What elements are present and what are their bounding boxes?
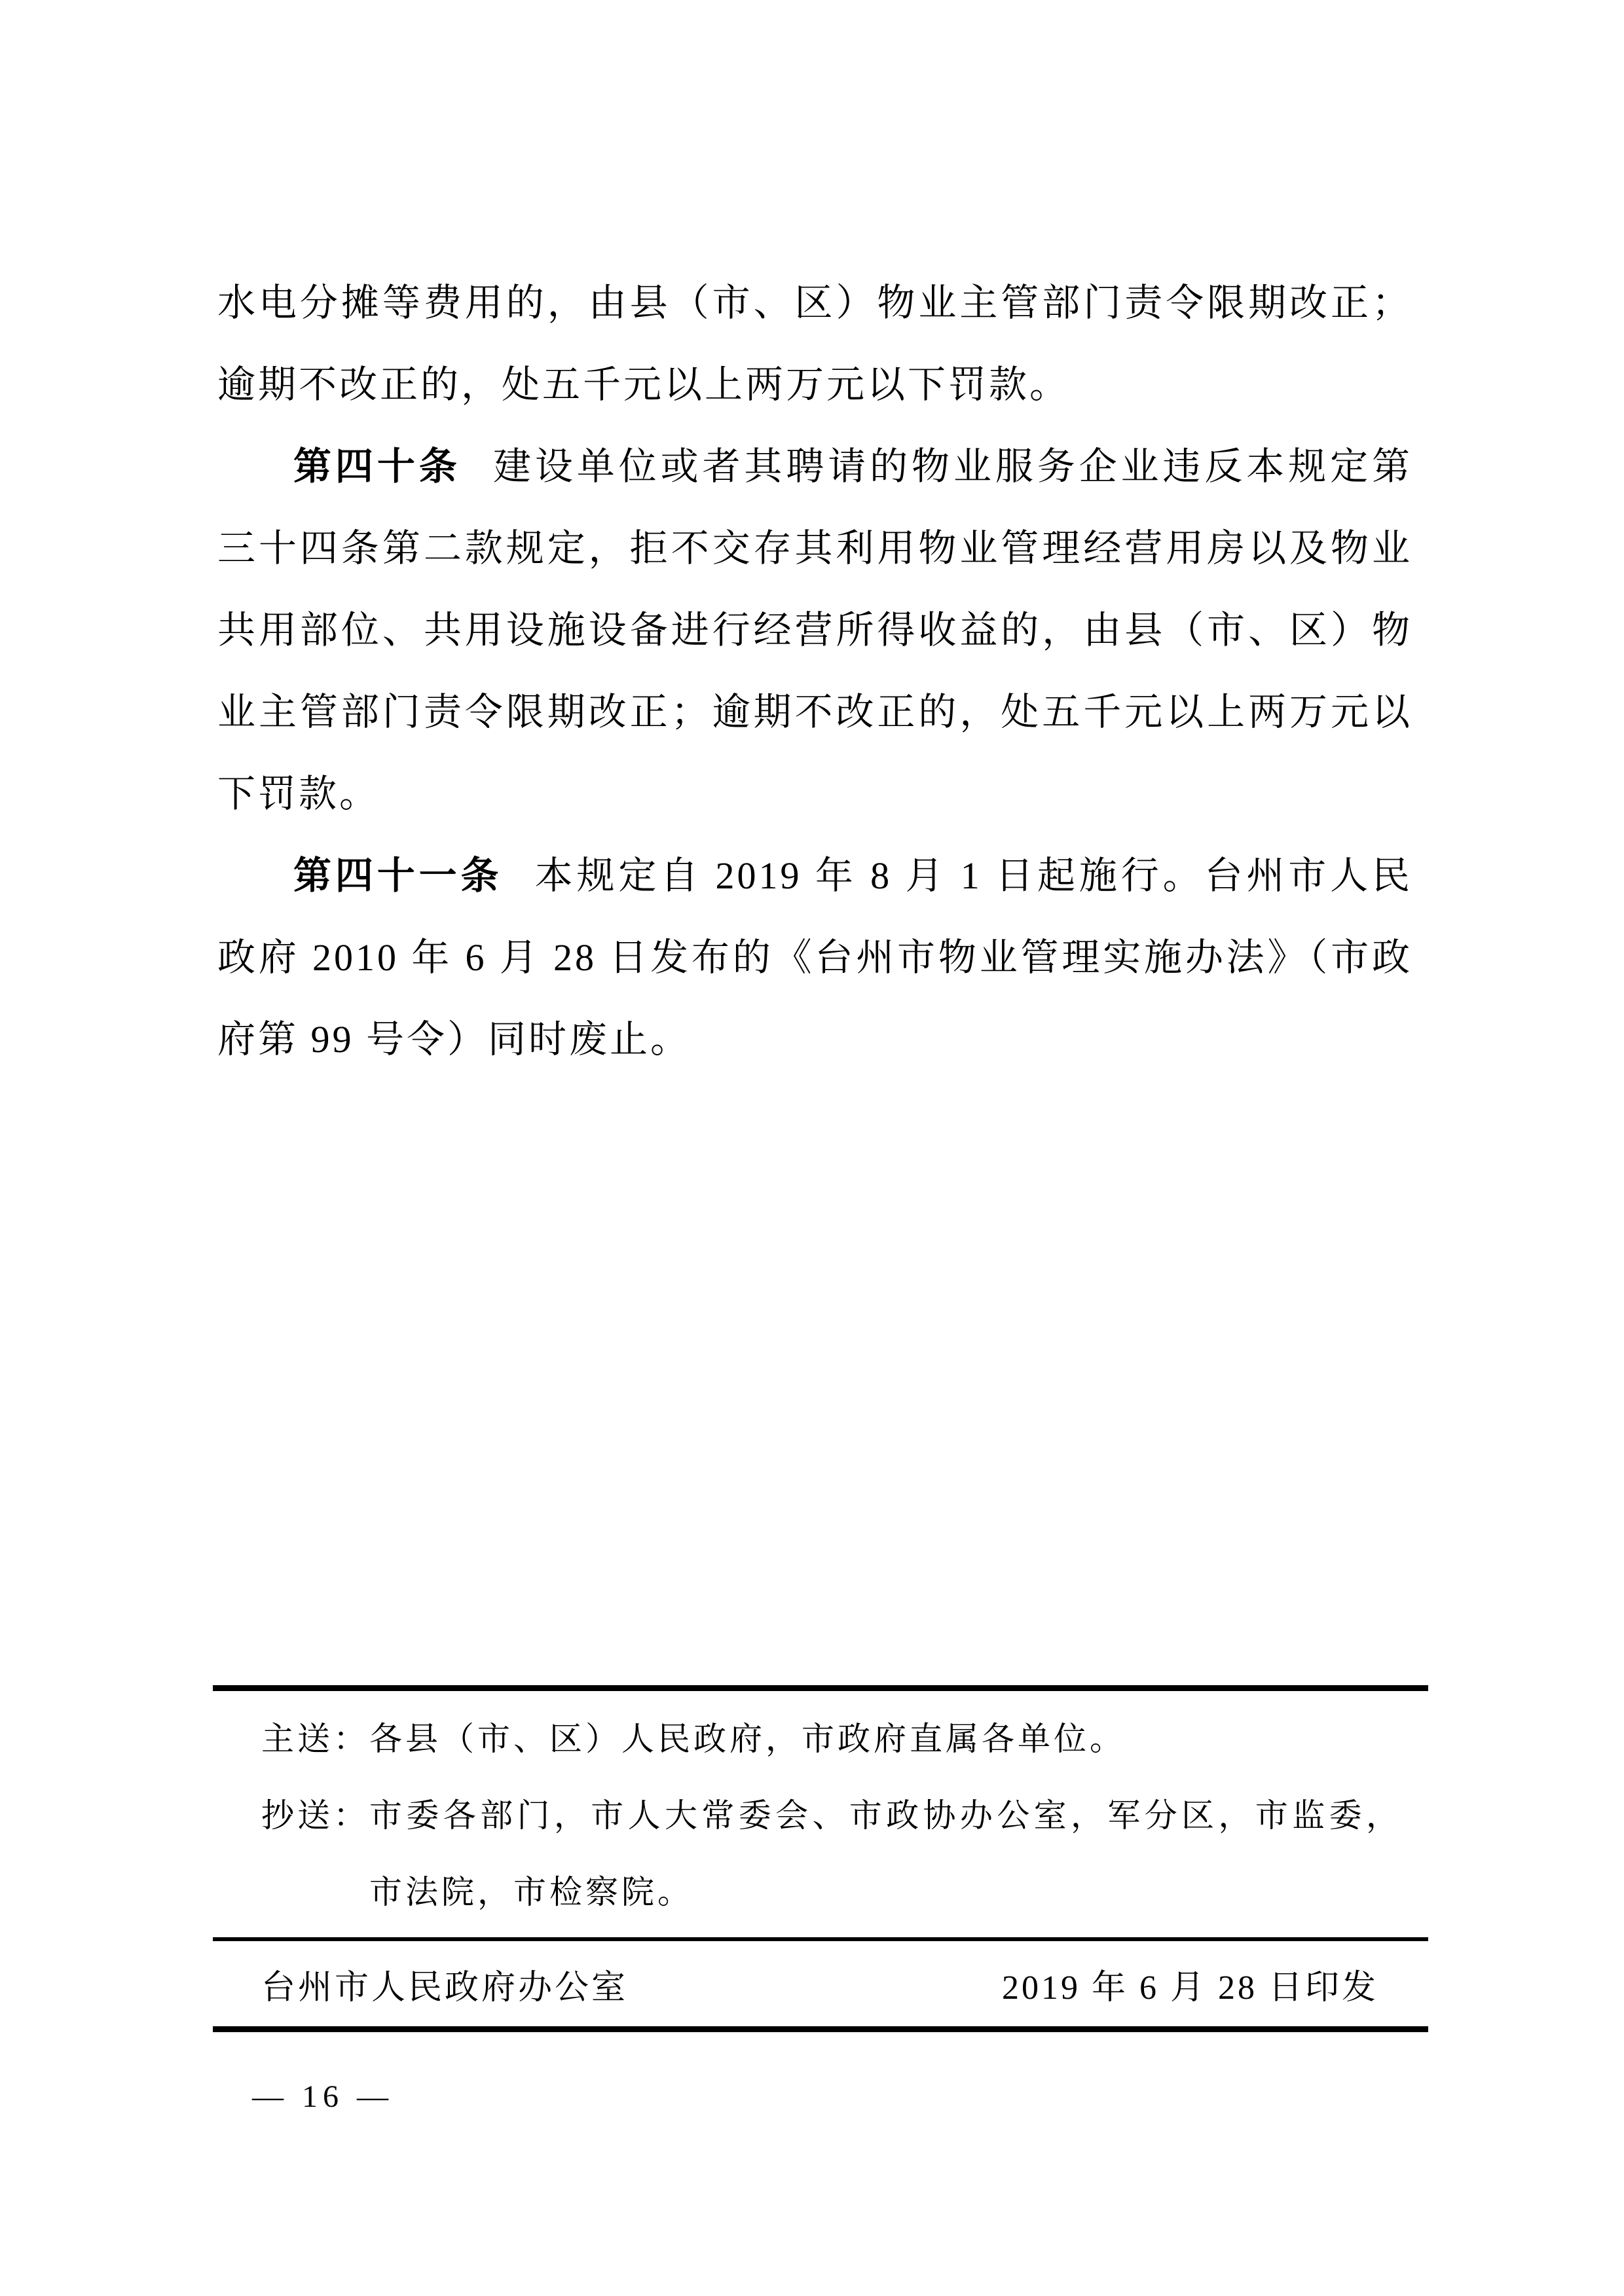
paragraph-article-41: 第四十一条本规定自 2019 年 8 月 1 日起施行。台州市人民政府 2010… — [217, 835, 1412, 1080]
copy-recipients-text: 市委各部门，市人大常委会、市政协办公室，军分区，市监委，市法院，市检察院。 — [369, 1777, 1402, 1931]
paragraph-text: 建设单位或者其聘请的物业服务企业违反本规定第三十四条第二款规定，拒不交存其利用物… — [217, 445, 1412, 815]
footer-bottom-divider — [213, 2026, 1428, 2032]
document-page: 水电分摊等费用的，由县（市、区）物业主管部门责令限期改正；逾期不改正的，处五千元… — [0, 0, 1624, 2296]
paragraph-article-40: 第四十条建设单位或者其聘请的物业服务企业违反本规定第三十四条第二款规定，拒不交存… — [217, 426, 1412, 835]
paragraph-continuation: 水电分摊等费用的，由县（市、区）物业主管部门责令限期改正；逾期不改正的，处五千元… — [217, 262, 1412, 426]
document-footer: 主送： 各县（市、区）人民政府，市政府直属各单位。 抄送： 市委各部门，市人大常… — [213, 1685, 1428, 2032]
main-recipients-row: 主送： 各县（市、区）人民政府，市政府直属各单位。 — [261, 1701, 1402, 1777]
footer-top-divider — [213, 1685, 1428, 1691]
recipients-block: 主送： 各县（市、区）人民政府，市政府直属各单位。 抄送： 市委各部门，市人大常… — [213, 1691, 1428, 1937]
copy-recipients-row: 抄送： 市委各部门，市人大常委会、市政协办公室，军分区，市监委，市法院，市检察院… — [261, 1777, 1402, 1931]
issuer-row: 台州市人民政府办公室 2019 年 6 月 28 日印发 — [213, 1941, 1428, 2026]
document-body: 水电分摊等费用的，由县（市、区）物业主管部门责令限期改正；逾期不改正的，处五千元… — [217, 262, 1412, 1080]
copy-recipients-label: 抄送： — [261, 1777, 369, 1854]
issuer-office: 台州市人民政府办公室 — [261, 1959, 628, 2009]
main-recipients-text: 各县（市、区）人民政府，市政府直属各单位。 — [369, 1701, 1402, 1777]
article-lead: 第四十条 — [293, 445, 461, 488]
article-lead: 第四十一条 — [293, 854, 502, 897]
paragraph-text: 水电分摊等费用的，由县（市、区）物业主管部门责令限期改正；逾期不改正的，处五千元… — [217, 282, 1412, 406]
main-recipients-label: 主送： — [261, 1701, 369, 1777]
page-number: — 16 — — [252, 2079, 394, 2115]
issue-date: 2019 年 6 月 28 日印发 — [1002, 1959, 1378, 2009]
